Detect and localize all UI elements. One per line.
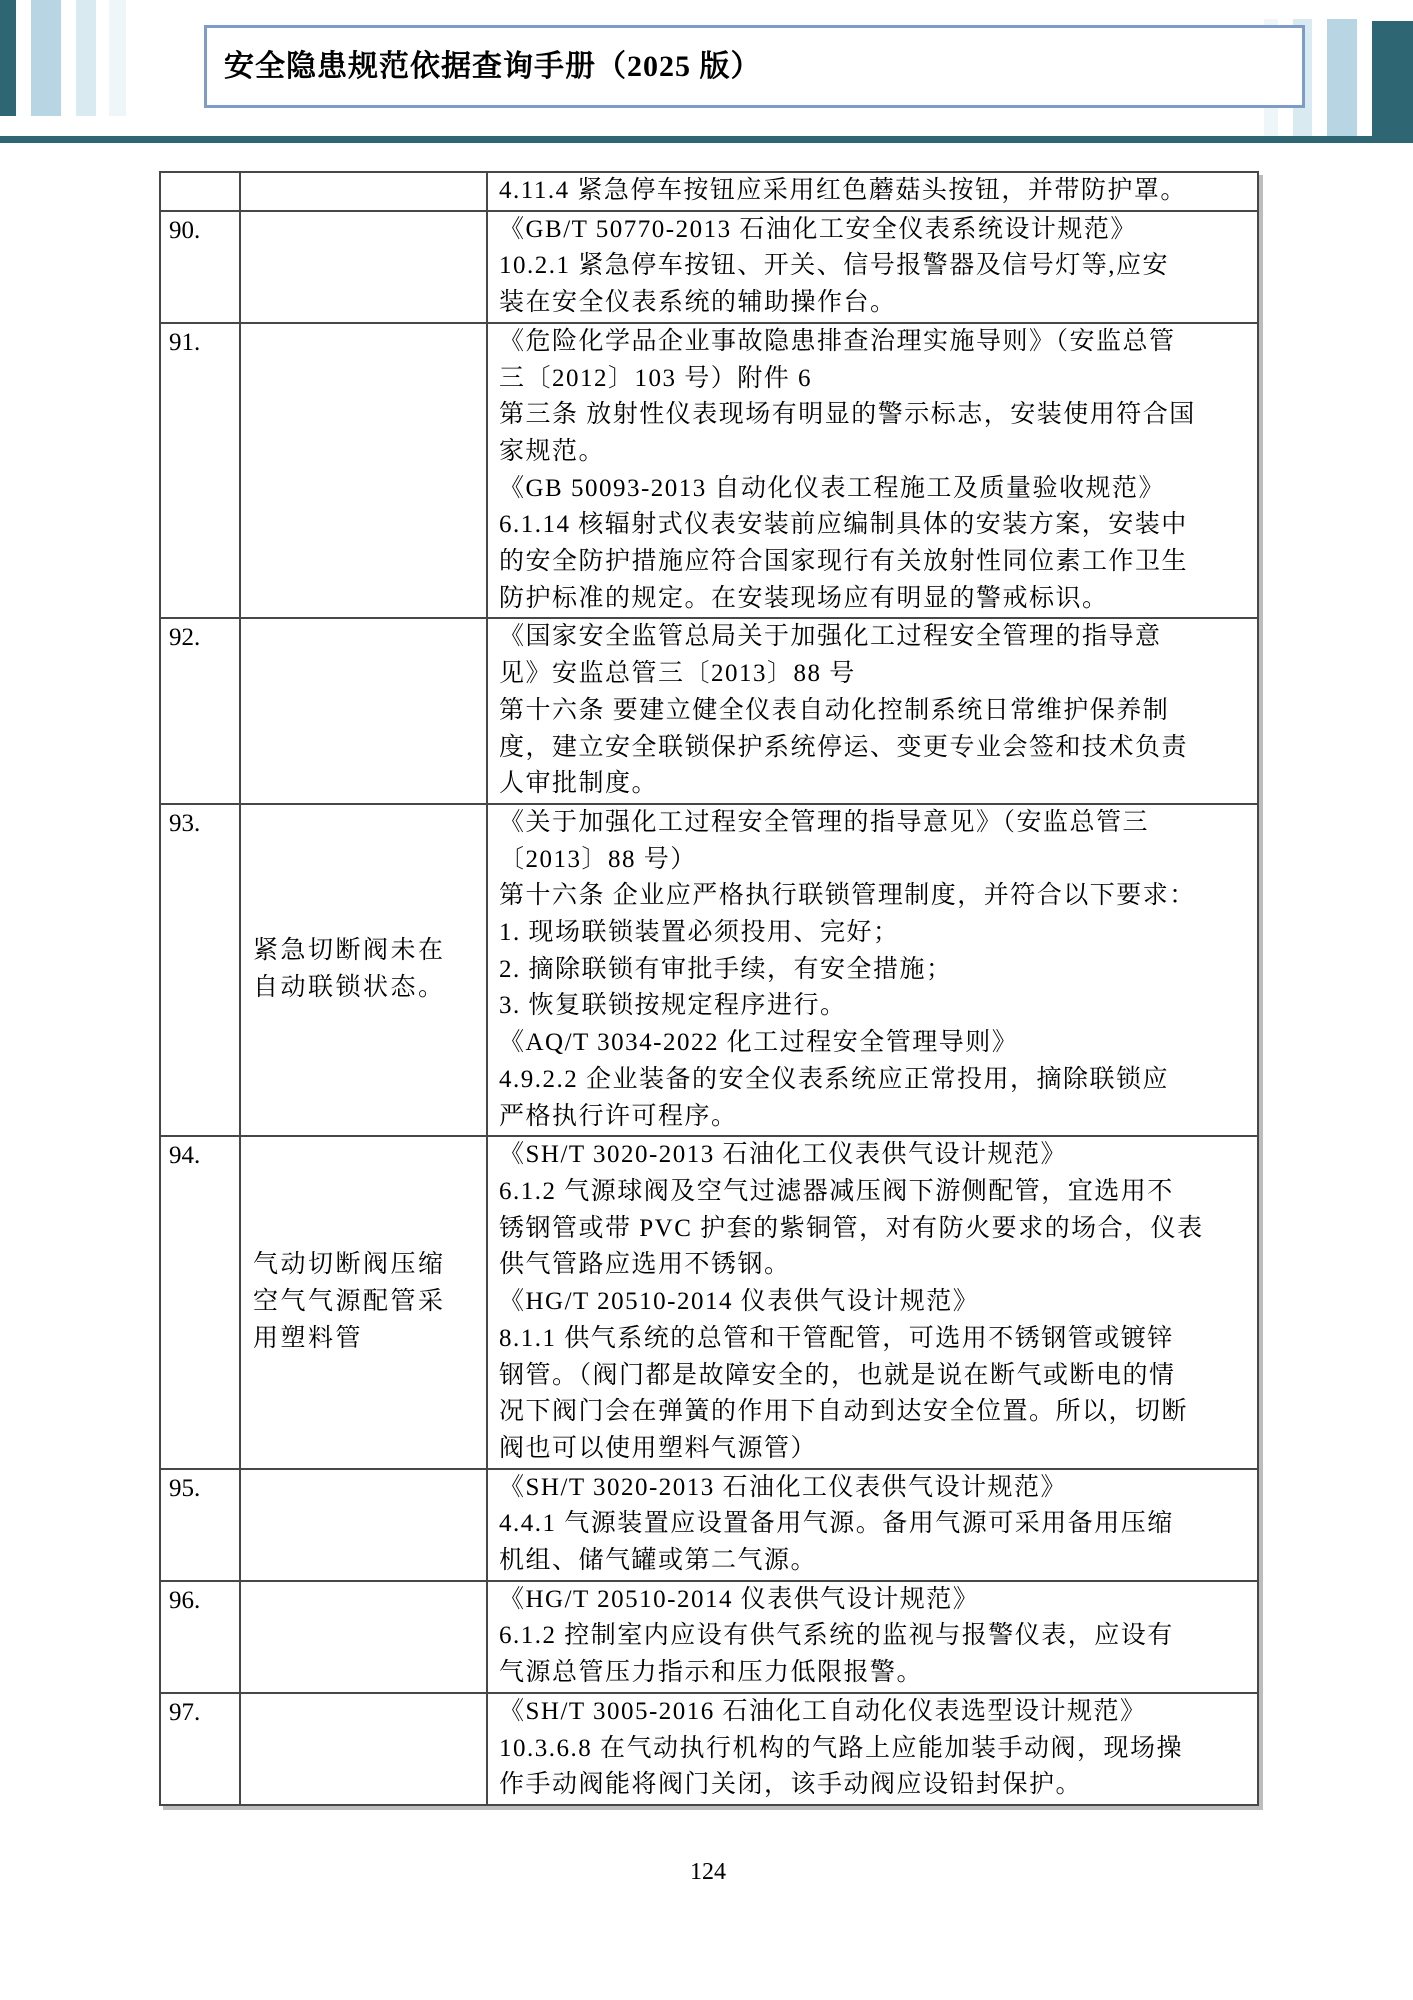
row-number-cell (160, 172, 240, 211)
regulation-table: 4.11.4 紧急停车按钮应采用红色蘑菇头按钮，并带防护罩。 90. 《GB/T… (159, 171, 1259, 1806)
issue-cell (240, 172, 487, 211)
page-title: 安全隐患规范依据查询手册（2025 版） (224, 41, 1302, 85)
basis-cell: 《HG/T 20510-2014 仪表供气设计规范》 6.1.2 控制室内应设有… (487, 1581, 1258, 1693)
row-number-cell: 97. (160, 1693, 240, 1805)
header-title-box: 安全隐患规范依据查询手册（2025 版） (204, 25, 1305, 108)
basis-cell: 《GB/T 50770-2013 石油化工安全仪表系统设计规范》 10.2.1 … (487, 211, 1258, 323)
issue-cell: 紧急切断阀未在 自动联锁状态。 (240, 804, 487, 1136)
header-accent-bar-left-1 (31, 0, 61, 116)
basis-cell: 《SH/T 3020-2013 石油化工仪表供气设计规范》 6.1.2 气源球阀… (487, 1136, 1258, 1468)
table-row: 4.11.4 紧急停车按钮应采用红色蘑菇头按钮，并带防护罩。 (160, 172, 1258, 211)
basis-cell: 《SH/T 3005-2016 石油化工自动化仪表选型设计规范》 10.3.6.… (487, 1693, 1258, 1805)
row-number-cell: 92. (160, 618, 240, 804)
basis-cell: 《SH/T 3020-2013 石油化工仪表供气设计规范》 4.4.1 气源装置… (487, 1469, 1258, 1581)
issue-cell (240, 211, 487, 323)
basis-cell: 4.11.4 紧急停车按钮应采用红色蘑菇头按钮，并带防护罩。 (487, 172, 1258, 211)
issue-cell (240, 1581, 487, 1693)
row-number-cell: 90. (160, 211, 240, 323)
row-number-cell: 94. (160, 1136, 240, 1468)
issue-cell (240, 323, 487, 619)
table-row: 96. 《HG/T 20510-2014 仪表供气设计规范》 6.1.2 控制室… (160, 1581, 1258, 1693)
row-number-cell: 96. (160, 1581, 240, 1693)
table-row: 94. 气动切断阀压缩 空气气源配管采 用塑料管 《SH/T 3020-2013… (160, 1136, 1258, 1468)
row-number-cell: 95. (160, 1469, 240, 1581)
issue-cell (240, 1469, 487, 1581)
document-page: 安全隐患规范依据查询手册（2025 版） 4.11.4 紧急停车按钮应采用红色蘑… (0, 0, 1413, 2000)
table-row: 93. 紧急切断阀未在 自动联锁状态。 《关于加强化工过程安全管理的指导意见》（… (160, 804, 1258, 1136)
table-row: 95. 《SH/T 3020-2013 石油化工仪表供气设计规范》 4.4.1 … (160, 1469, 1258, 1581)
header-divider-rule (0, 136, 1413, 143)
basis-cell: 《危险化学品企业事故隐患排查治理实施导则》（安监总管 三〔2012〕103 号）… (487, 323, 1258, 619)
header-accent-bar-left-dark (0, 0, 16, 116)
basis-cell: 《关于加强化工过程安全管理的指导意见》（安监总管三 〔2013〕88 号） 第十… (487, 804, 1258, 1136)
issue-cell: 气动切断阀压缩 空气气源配管采 用塑料管 (240, 1136, 487, 1468)
header-accent-bar-right-dark (1372, 21, 1413, 143)
issue-cell (240, 618, 487, 804)
page-number: 124 (159, 1859, 1257, 1886)
table-row: 97. 《SH/T 3005-2016 石油化工自动化仪表选型设计规范》 10.… (160, 1693, 1258, 1805)
table-row: 90. 《GB/T 50770-2013 石油化工安全仪表系统设计规范》 10.… (160, 211, 1258, 323)
header-accent-bar-left-2 (76, 0, 96, 116)
table-row: 91. 《危险化学品企业事故隐患排查治理实施导则》（安监总管 三〔2012〕10… (160, 323, 1258, 619)
header-accent-bar-left-3 (109, 0, 126, 116)
header-accent-bar-right-1 (1327, 19, 1357, 136)
row-number-cell: 91. (160, 323, 240, 619)
basis-cell: 《国家安全监管总局关于加强化工过程安全管理的指导意 见》安监总管三〔2013〕8… (487, 618, 1258, 804)
table-row: 92. 《国家安全监管总局关于加强化工过程安全管理的指导意 见》安监总管三〔20… (160, 618, 1258, 804)
issue-cell (240, 1693, 487, 1805)
row-number-cell: 93. (160, 804, 240, 1136)
